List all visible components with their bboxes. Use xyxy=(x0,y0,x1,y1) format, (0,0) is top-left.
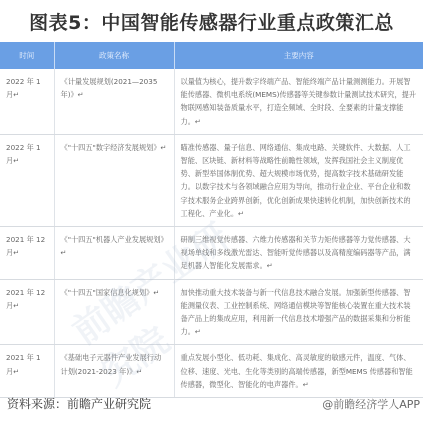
table-row: 2021 年 12 月↵ 《"十四五"国家信息化规划》↵ 加快推动重大技术装备与… xyxy=(0,279,423,345)
header-time: 时间 xyxy=(0,42,54,69)
table-row: 2022 年 1 月↵ 《"十四五"数字经济发展规划》↵ 瞄准传感器、量子信息、… xyxy=(0,134,423,226)
source-note: 资料来源：前瞻产业研究院 xyxy=(7,395,151,412)
cell-content: 以量值为核心，提升数字终端产品、智能终端产品计量测测能力。开展智能传感器、微机电… xyxy=(174,69,423,134)
cell-policy-name: 《"十四五"国家信息化规划》↵ xyxy=(54,279,174,345)
cell-time: 2021 年 1 月↵ xyxy=(0,345,54,398)
cell-content: 研制三维视觉传感器、六维力传感器和关节力矩传感器等力觉传感器、大视场单线和多线激… xyxy=(174,227,423,280)
cell-content: 瞄准传感器、量子信息、网络通信、集成电路、关键软件、大数据、人工智能、区块链、新… xyxy=(174,134,423,226)
cell-policy-name: 《"十四五"数字经济发展规划》↵ xyxy=(54,134,174,226)
cell-content: 加快推动重大技术装备与新一代信息技术融合发展。加强新型传感器、智能测量仪表、工业… xyxy=(174,279,423,345)
cell-content: 重点发展小型化、低功耗、集成化、高灵敏度的敏感元件，温度、气体、位移、速度、光电… xyxy=(174,345,423,398)
cell-policy-name: 《"十四五"机器人产业发展规划》↵ xyxy=(54,227,174,280)
table-row: 2021 年 1 月↵ 《基础电子元器件产业发展行动计划(2021-2023 年… xyxy=(0,345,423,398)
cell-policy-name: 《计量发展规划(2021—2035 年)》↵ xyxy=(54,69,174,134)
cell-time: 2022 年 1 月↵ xyxy=(0,134,54,226)
cell-time: 2021 年 12 月↵ xyxy=(0,227,54,280)
cell-policy-name: 《基础电子元器件产业发展行动计划(2021-2023 年)》↵ xyxy=(54,345,174,398)
credit-note: @前瞻经济学人APP xyxy=(322,396,420,412)
header-policy-name: 政策名称 xyxy=(54,42,174,69)
cell-time: 2022 年 1 月↵ xyxy=(0,69,54,134)
policy-table: 时间 政策名称 主要内容 2022 年 1 月↵ 《计量发展规划(2021—20… xyxy=(0,42,423,398)
cell-time: 2021 年 12 月↵ xyxy=(0,279,54,345)
table-row: 2022 年 1 月↵ 《计量发展规划(2021—2035 年)》↵ 以量值为核… xyxy=(0,69,423,134)
header-main-content: 主要内容 xyxy=(174,42,423,69)
page-title: 图表5：中国智能传感器行业重点政策汇总 xyxy=(0,8,423,35)
table-header-row: 时间 政策名称 主要内容 xyxy=(0,42,423,69)
table-row: 2021 年 12 月↵ 《"十四五"机器人产业发展规划》↵ 研制三维视觉传感器… xyxy=(0,227,423,280)
